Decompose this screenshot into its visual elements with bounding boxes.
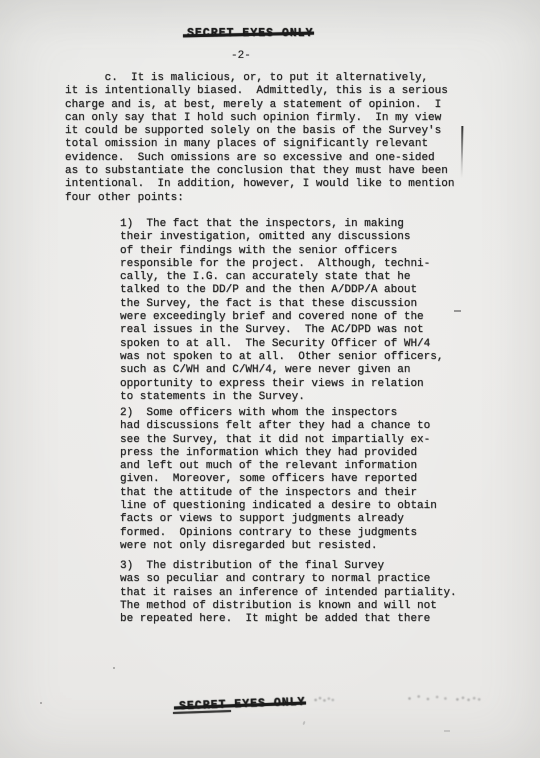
text-line: to statements in the Survey.: [120, 391, 443, 404]
paper-speck: [113, 667, 115, 669]
paper-speck: [444, 730, 450, 732]
paper-speck: [302, 721, 305, 725]
numbered-point-1: 1) The fact that the inspectors, in maki…: [120, 218, 443, 404]
ink-smudge: [454, 695, 482, 703]
text-line: as to substantiate the conclusion that t…: [65, 165, 454, 178]
text-line: given. Moreover, some officers have repo…: [120, 473, 437, 486]
text-line: responsible for the project. Although, t…: [120, 258, 443, 271]
text-line: of their findings with the senior office…: [120, 245, 443, 258]
text-line: cally, the I.G. can accurately state tha…: [120, 271, 443, 284]
text-line: and left out much of the relevant inform…: [120, 460, 437, 473]
text-line: real issues in the Survey. The AC/DPD wa…: [120, 324, 443, 337]
text-line: 1) The fact that the inspectors, in maki…: [120, 218, 443, 231]
text-line: be repeated here. It might be added that…: [120, 613, 457, 626]
text-line: four other points:: [65, 192, 454, 205]
text-line: it is intentionally biased. Admittedly, …: [65, 85, 454, 98]
text-line: had discussions felt after they had a ch…: [120, 420, 437, 433]
numbered-point-3: 3) The distribution of the final Surveyw…: [120, 560, 457, 626]
text-line: formed. Opinions contrary to these judgm…: [120, 527, 437, 540]
text-line: charge and is, at best, merely a stateme…: [65, 99, 454, 112]
text-line: line of questioning indicated a desire t…: [120, 500, 437, 513]
text-line: that the attitude of the inspectors and …: [120, 487, 437, 500]
text-line: the Survey, the fact is that these discu…: [120, 298, 443, 311]
text-line: press the information which they had pro…: [120, 447, 437, 460]
text-line: facts or views to support judgments alre…: [120, 513, 437, 526]
text-line: their investigation, omitted any discuss…: [120, 231, 443, 244]
paper-speck: [40, 702, 42, 704]
text-line: were exceedingly brief and covered none …: [120, 311, 443, 324]
text-line: were not only disregarded but resisted.: [120, 540, 437, 553]
text-line: was so peculiar and contrary to normal p…: [120, 573, 457, 586]
ink-smudge: [404, 693, 450, 703]
text-line: that it raises an inference of intended …: [120, 587, 457, 600]
text-line: such as C/WH and C/WH/4, were never give…: [120, 364, 443, 377]
text-line: c. It is malicious, or, to put it altern…: [65, 72, 454, 85]
text-line: can only say that I hold such opinion fi…: [65, 112, 454, 125]
margin-pen-mark: [461, 126, 464, 178]
text-line: spoken to at all. The Security Officer o…: [120, 338, 443, 351]
text-line: opportunity to express their views in re…: [120, 378, 443, 391]
margin-dash-mark: [454, 310, 461, 312]
page-number: -2-: [231, 50, 251, 62]
text-line: it could be supported solely on the basi…: [65, 125, 454, 138]
text-line: evidence. Such omissions are so excessiv…: [65, 152, 454, 165]
text-line: total omission in many places of signifi…: [65, 138, 454, 151]
text-line: was not spoken to at all. Other senior o…: [120, 351, 443, 364]
numbered-point-2: 2) Some officers with whom the inspector…: [120, 407, 437, 553]
ink-smudge: [313, 695, 335, 704]
paragraph-c: c. It is malicious, or, to put it altern…: [65, 72, 454, 205]
document-page: SECRET EYES ONLY -2- c. It is malicious,…: [0, 0, 540, 758]
text-line: 2) Some officers with whom the inspector…: [120, 407, 437, 420]
text-line: 3) The distribution of the final Survey: [120, 560, 457, 573]
text-line: intentional. In addition, however, I wou…: [65, 178, 454, 191]
text-line: The method of distribution is known and …: [120, 600, 457, 613]
text-line: see the Survey, that it did not impartia…: [120, 434, 437, 447]
text-line: talked to the DD/P and the then A/DDP/A …: [120, 284, 443, 297]
